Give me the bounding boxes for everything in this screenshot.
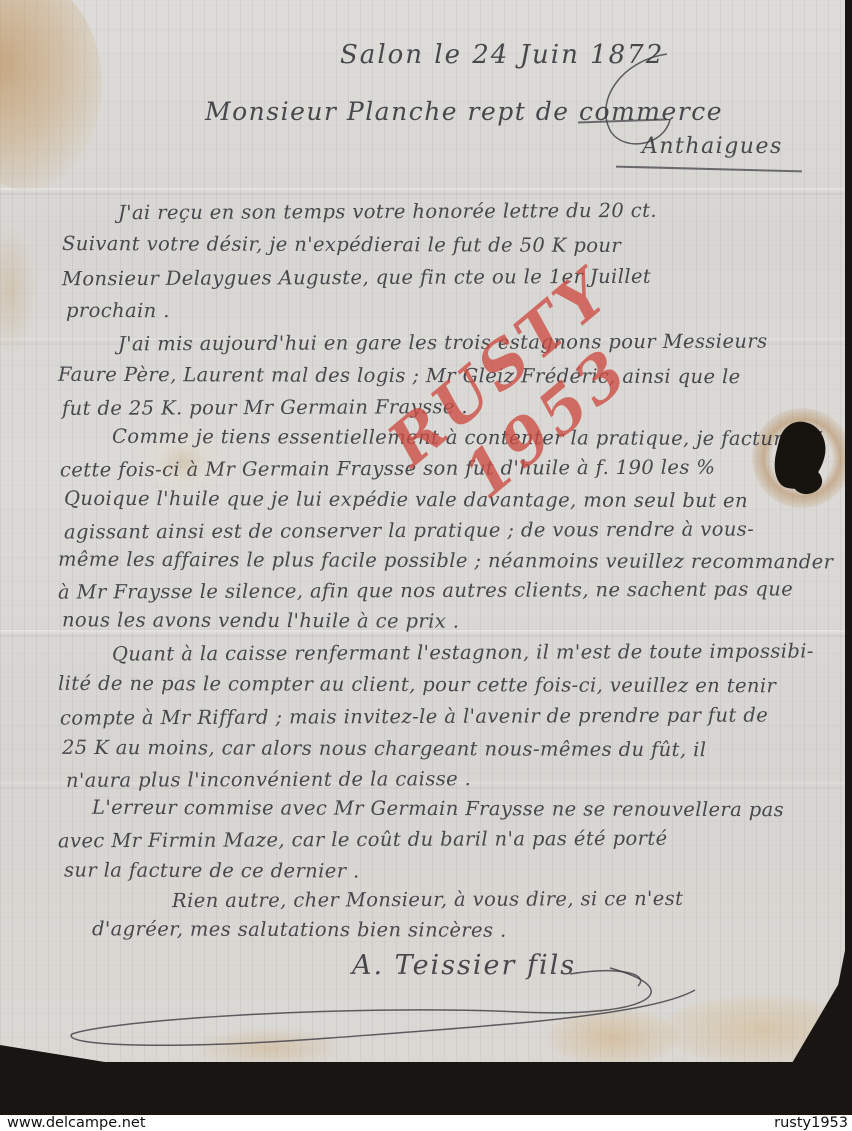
letter-line: Comme je tiens essentiellement à content… [112,425,824,450]
letter-line: sur la facture de ce dernier . [64,858,360,882]
fold-crease [0,188,845,195]
letter-line: d'agréer, mes salutations bien sincères … [92,917,507,941]
letter-line: cette fois-ci à Mr Germain Fraysse son f… [60,456,715,482]
letter-line: Suivant votre désir, je n'expédierai le … [62,232,621,257]
letter-line: Monsieur Delaygues Auguste, que fin cte … [62,265,651,291]
footer-strip: www.delcampe.net rusty1953 [0,1115,852,1131]
letter-line: Faure Père, Laurent mal des logis ; Mr G… [58,363,741,388]
signature-paraph [50,960,710,1060]
scanned-letter-photo: Salon le 24 Juin 1872 Monsieur Planche r… [0,0,852,1131]
letter-line: n'aura plus l'inconvénient de la caisse … [66,767,471,792]
paper-stain [0,0,102,190]
letter-line: fut de 25 K. pour Mr Germain Fraysse . [62,395,468,420]
letter-recipient: Monsieur Planche rept de commerce [205,97,723,126]
letter-line: à Mr Fraysse le silence, afin que nos au… [58,577,793,603]
letter-line: avec Mr Firmin Maze, car le coût du bari… [58,827,668,853]
letter-line: Rien autre, cher Monsieur, à vous dire, … [172,887,683,912]
letter-recipient-place: Anthaigues [642,134,783,159]
letter-line: compte à Mr Riffard ; mais invitez-le à … [60,703,768,729]
footer-watermark-left: www.delcampe.net [7,1115,146,1131]
letter-line: Quant à la caisse renfermant l'estagnon,… [112,639,814,665]
letter-line: agissant ainsi est de conserver la prati… [64,517,754,543]
letter-line: Quoique l'huile que je lui expédie vale … [64,487,748,512]
paper-stain [0,225,37,355]
letter-line: lité de ne pas le compter au client, pou… [58,672,776,698]
footer-watermark-right: rusty1953 [774,1115,848,1131]
letter-line: L'erreur commise avec Mr Germain Fraysse… [92,796,784,821]
letter-line: nous les avons vendu l'huile à ce prix . [62,608,459,632]
letter-line: même les affaires le plus facile possibl… [58,548,833,574]
letter-line: prochain . [66,299,170,322]
letter-line: J'ai reçu en son temps votre honorée let… [118,199,657,224]
letter-line: J'ai mis aujourd'hui en gare les trois e… [118,330,768,356]
letter-line: 25 K au moins, car alors nous chargeant … [62,736,706,761]
letter-paper: Salon le 24 Juin 1872 Monsieur Planche r… [0,0,845,1062]
underline-stroke [616,166,802,172]
